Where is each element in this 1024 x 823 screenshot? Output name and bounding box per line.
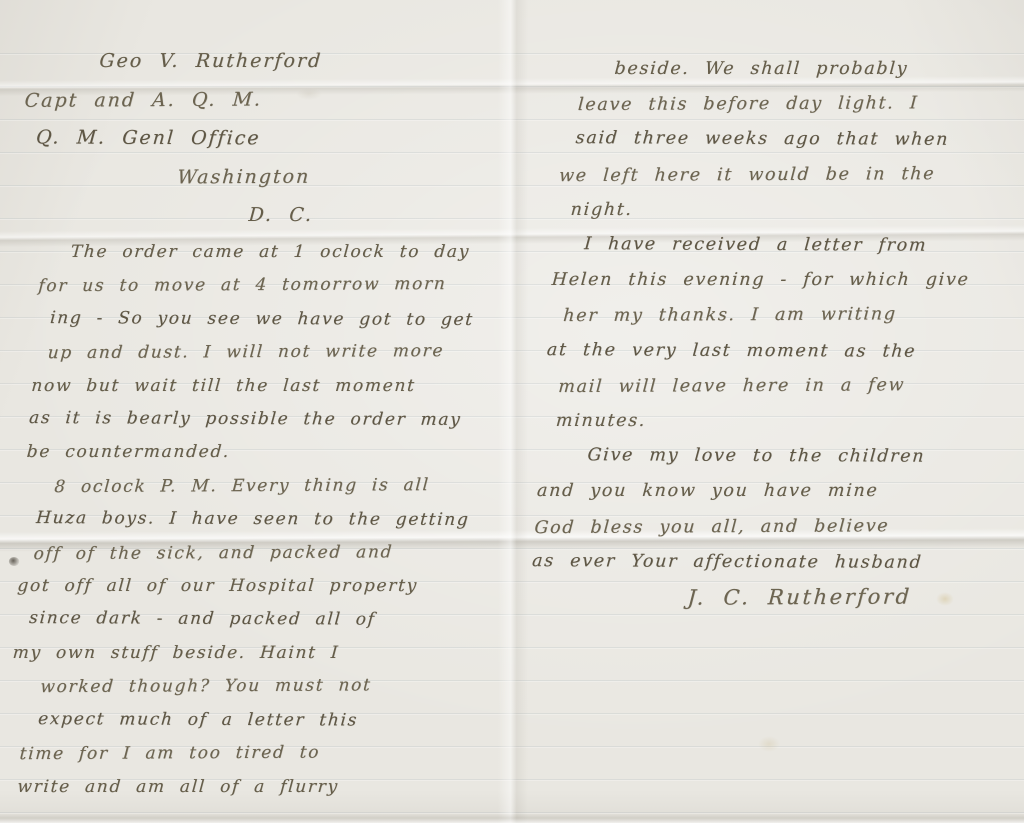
manuscript-line: Give my love to the children (586, 438, 958, 475)
page-right-body: beside. We shall probablyleave this befo… (528, 52, 985, 615)
manuscript-line: I have received a letter from (583, 227, 973, 264)
letter-address-header: Geo V. RutherfordCapt and A. Q. M.Q. M. … (15, 42, 325, 235)
manuscript-line: expect much of a letter this (37, 703, 457, 738)
fold-crease-vertical (498, 0, 528, 823)
manuscript-line: 8 oclock P. M. Every thing is all (53, 469, 473, 505)
manuscript-line: Helen this evening - for which give (550, 263, 970, 298)
manuscript-line: minutes. (555, 404, 961, 439)
manuscript-line: now but wait till the last moment (30, 370, 480, 403)
manuscript-line: The order came at 1 oclock to day (70, 236, 490, 269)
manuscript-line: God bless you all, and believe (533, 509, 953, 546)
manuscript-line: Huza boys. I have seen to the getting (35, 502, 471, 537)
manuscript-line: we left here it would be in the (558, 157, 978, 194)
paper-stain (758, 736, 780, 752)
manuscript-line: ing - So you see we have got to get (49, 302, 485, 337)
manuscript-line: up and dust. I will not write more (47, 335, 483, 371)
manuscript-line: my own stuff beside. Haint I (11, 637, 461, 670)
manuscript-line: night. (569, 193, 975, 228)
paper-bottom-edge (0, 814, 1024, 823)
manuscript-line: Capt and A. Q. M. (23, 80, 322, 120)
manuscript-line: off of the sick, and packed and (33, 536, 469, 572)
page-left-body: The order came at 1 oclock to dayfor us … (2, 236, 489, 804)
manuscript-line: said three weeks ago that when (574, 122, 980, 159)
manuscript-line: got off all of our Hospital property (16, 570, 466, 603)
manuscript-line: mail will leave here in a few (557, 368, 963, 405)
manuscript-line: be countermanded. (26, 436, 476, 469)
manuscript-line: Geo V. Rutherford (98, 42, 325, 81)
manuscript-line: and you know you have mine (536, 474, 956, 509)
letter-scan: Geo V. RutherfordCapt and A. Q. M.Q. M. … (0, 0, 1024, 823)
manuscript-line: time for I am too tired to (18, 736, 454, 772)
manuscript-line: at the very last moment as the (546, 333, 966, 370)
manuscript-line: Washington (176, 157, 317, 196)
manuscript-line: leave this before day light. I (577, 86, 983, 123)
manuscript-line: worked though? You must not (39, 669, 459, 705)
manuscript-line: for us to move at 4 tomorrow morn (37, 268, 487, 304)
manuscript-line: her my thanks. I am writing (562, 297, 968, 334)
manuscript-line: D. C. (247, 196, 314, 235)
manuscript-line: J. C. Rutherford (686, 579, 948, 616)
manuscript-line: beside. We shall probably (613, 52, 985, 87)
manuscript-line: since dark - and packed all of (28, 603, 464, 638)
manuscript-line: write and am all of a flurry (16, 771, 452, 804)
manuscript-line: as ever Your affectionate husband (531, 544, 951, 581)
manuscript-line: as it is bearly possible the order may (28, 402, 478, 437)
manuscript-line: Q. M. Genl Office (35, 118, 320, 158)
